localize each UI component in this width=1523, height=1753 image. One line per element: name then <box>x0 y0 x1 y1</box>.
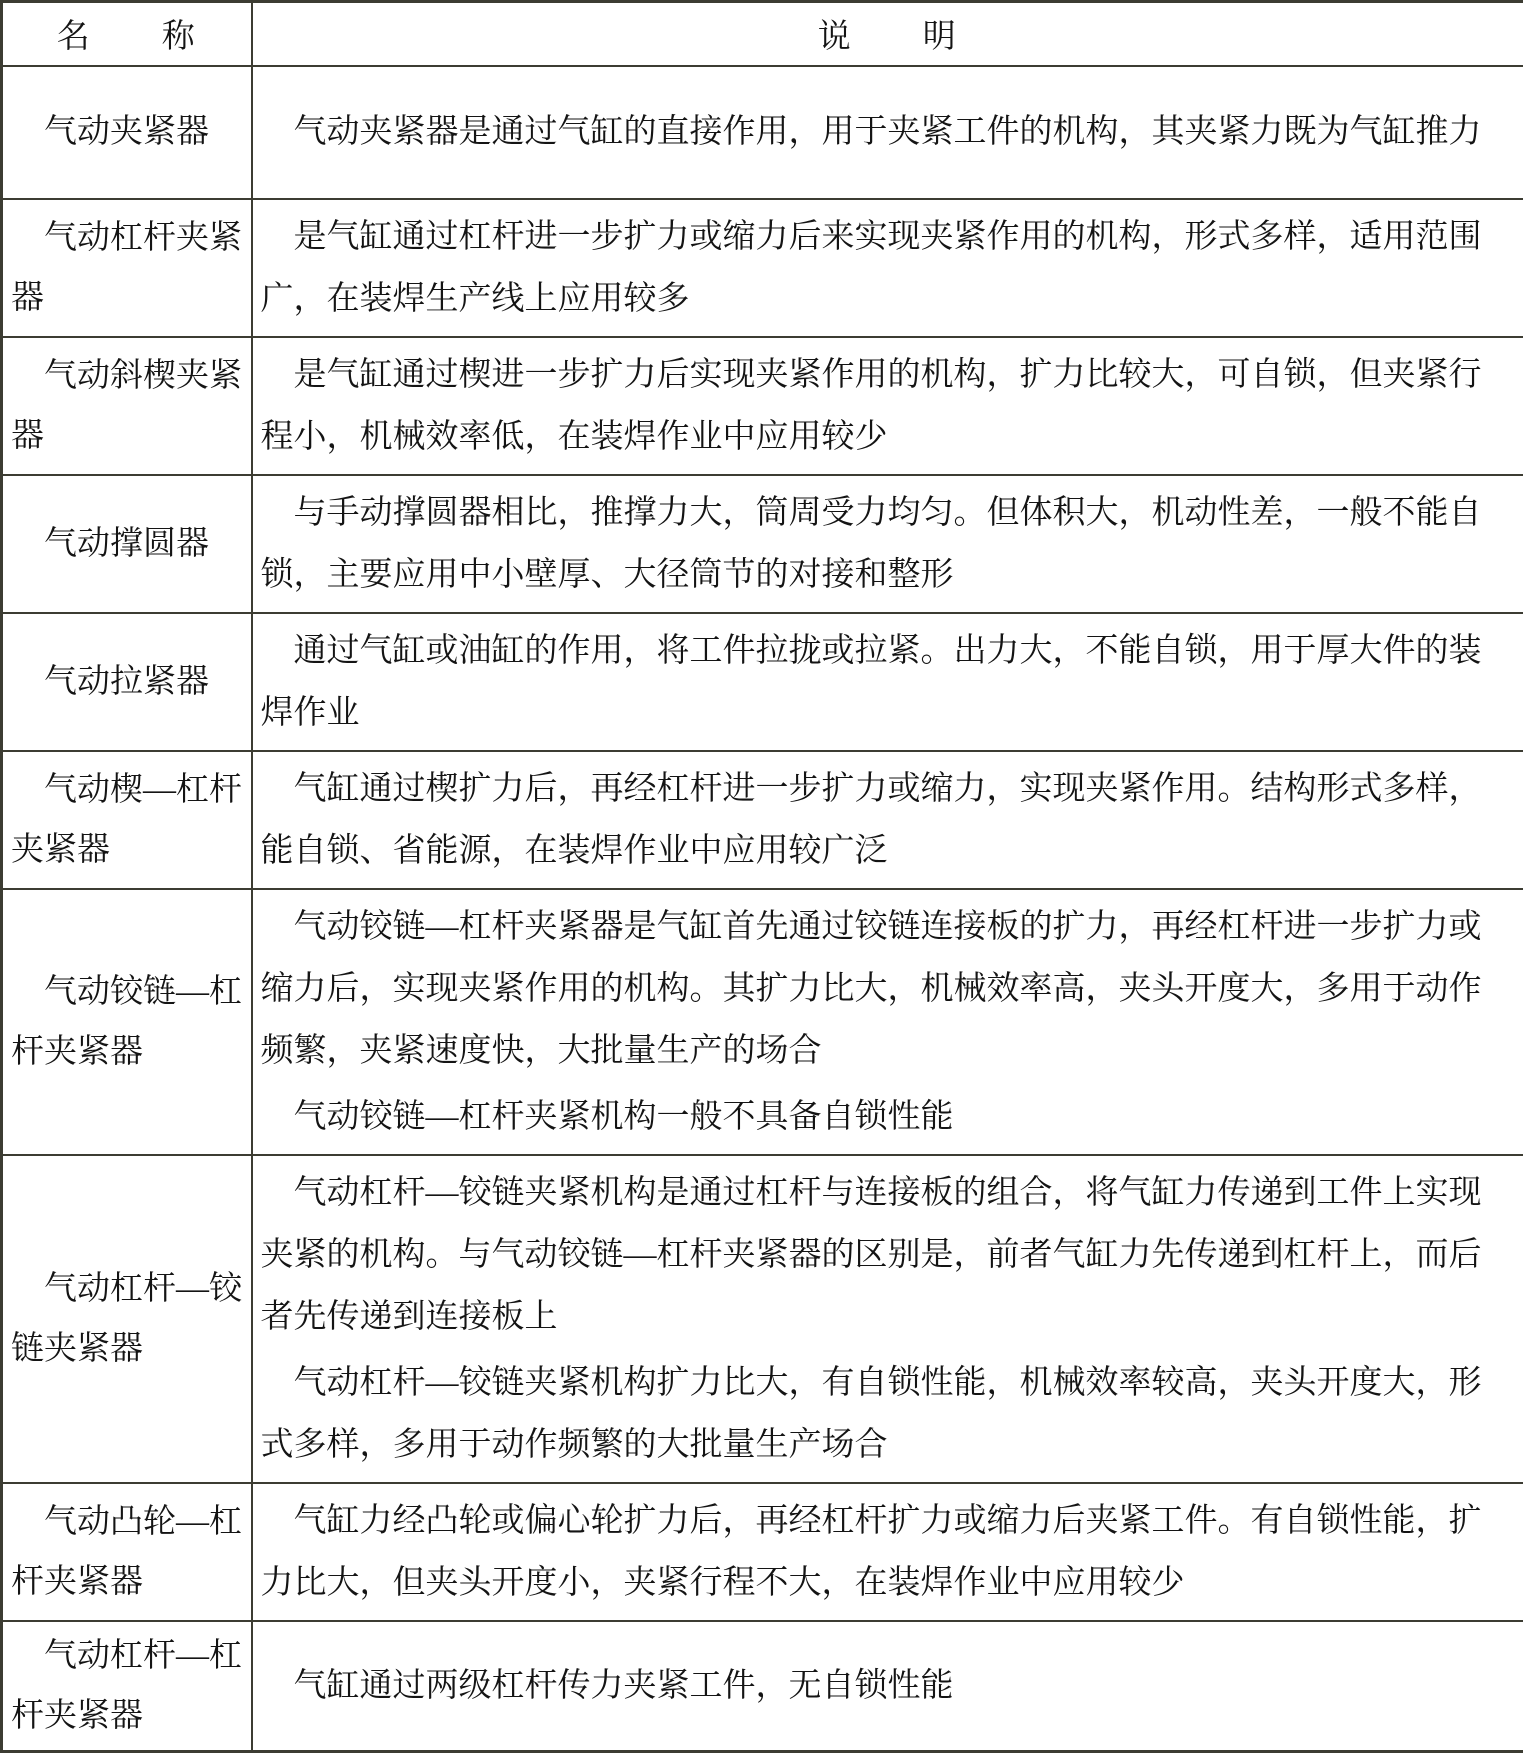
device-desc-paragraph: 气动铰链—杠杆夹紧机构一般不具备自锁性能 <box>261 1086 1510 1148</box>
device-name-cell: 气动拉紧器 <box>2 613 252 751</box>
device-desc-paragraph: 气动杠杆—铰链夹紧机构扩力比大，有自锁性能，机械效率较高，夹头开度大，形式多样，… <box>261 1352 1510 1476</box>
document-page: 名 称 说 明 气动夹紧器 气动夹紧器是通过气缸的直接作用，用于夹紧工件的机构，… <box>0 0 1523 1661</box>
device-desc-paragraph: 气动铰链—杠杆夹紧器是气缸首先通过铰链连接板的扩力，再经杠杆进一步扩力或缩力后，… <box>261 896 1510 1082</box>
device-desc-cell: 气缸通过两级杠杆传力夹紧工件，无自锁性能 <box>252 1621 1523 1752</box>
device-name-cell: 气动杠杆夹紧器 <box>2 199 252 337</box>
device-desc-cell: 是气缸通过楔进一步扩力后实现夹紧作用的机构，扩力比较大，可自锁，但夹紧行程小，机… <box>252 337 1523 475</box>
device-name: 气动杠杆—铰链夹紧器 <box>11 1259 245 1379</box>
device-name: 气动斜楔夹紧器 <box>11 346 245 466</box>
device-desc-cell: 气缸力经凸轮或偏心轮扩力后，再经杠杆扩力或缩力后夹紧工件。有自锁性能，扩力比大，… <box>252 1483 1523 1621</box>
device-name: 气动杠杆夹紧器 <box>11 208 245 328</box>
table-row: 气动楔—杠杆夹紧器 气缸通过楔扩力后，再经杠杆进一步扩力或缩力，实现夹紧作用。结… <box>2 751 1523 889</box>
device-name-cell: 气动凸轮—杠杆夹紧器 <box>2 1483 252 1621</box>
table-row: 气动杠杆—杠杆夹紧器 气缸通过两级杠杆传力夹紧工件，无自锁性能 <box>2 1621 1523 1752</box>
device-name: 气动撑圆器 <box>11 514 245 574</box>
table-row: 气动杠杆—铰链夹紧器 气动杠杆—铰链夹紧机构是通过杠杆与连接板的组合，将气缸力传… <box>2 1155 1523 1483</box>
device-desc-paragraph: 气动杠杆—铰链夹紧机构是通过杠杆与连接板的组合，将气缸力传递到工件上实现夹紧的机… <box>261 1162 1510 1348</box>
table-row: 气动夹紧器 气动夹紧器是通过气缸的直接作用，用于夹紧工件的机构，其夹紧力既为气缸… <box>2 66 1523 199</box>
clamping-devices-table: 名 称 说 明 气动夹紧器 气动夹紧器是通过气缸的直接作用，用于夹紧工件的机构，… <box>0 0 1523 1753</box>
column-header-description: 说 明 <box>252 2 1523 66</box>
device-name-cell: 气动斜楔夹紧器 <box>2 337 252 475</box>
device-name-cell: 气动撑圆器 <box>2 475 252 613</box>
device-desc-cell: 气动夹紧器是通过气缸的直接作用，用于夹紧工件的机构，其夹紧力既为气缸推力 <box>252 66 1523 199</box>
device-desc-cell: 气动杠杆—铰链夹紧机构是通过杠杆与连接板的组合，将气缸力传递到工件上实现夹紧的机… <box>252 1155 1523 1483</box>
device-desc-paragraph: 是气缸通过楔进一步扩力后实现夹紧作用的机构，扩力比较大，可自锁，但夹紧行程小，机… <box>261 344 1510 468</box>
table-row: 气动凸轮—杠杆夹紧器 气缸力经凸轮或偏心轮扩力后，再经杠杆扩力或缩力后夹紧工件。… <box>2 1483 1523 1621</box>
device-desc-cell: 气缸通过楔扩力后，再经杠杆进一步扩力或缩力，实现夹紧作用。结构形式多样，能自锁、… <box>252 751 1523 889</box>
device-name: 气动楔—杠杆夹紧器 <box>11 760 245 880</box>
device-name: 气动夹紧器 <box>11 102 245 162</box>
device-name-cell: 气动夹紧器 <box>2 66 252 199</box>
device-desc-cell: 与手动撑圆器相比，推撑力大，筒周受力均匀。但体积大，机动性差，一般不能自锁，主要… <box>252 475 1523 613</box>
device-desc-paragraph: 是气缸通过杠杆进一步扩力或缩力后来实现夹紧作用的机构，形式多样，适用范围广，在装… <box>261 206 1510 330</box>
device-name-cell: 气动楔—杠杆夹紧器 <box>2 751 252 889</box>
table-row: 气动拉紧器 通过气缸或油缸的作用，将工件拉拢或拉紧。出力大，不能自锁，用于厚大件… <box>2 613 1523 751</box>
device-name-cell: 气动铰链—杠杆夹紧器 <box>2 889 252 1155</box>
device-name: 气动凸轮—杠杆夹紧器 <box>11 1492 245 1612</box>
column-header-name: 名 称 <box>2 2 252 66</box>
device-desc-paragraph: 与手动撑圆器相比，推撑力大，筒周受力均匀。但体积大，机动性差，一般不能自锁，主要… <box>261 482 1510 606</box>
device-name-cell: 气动杠杆—杠杆夹紧器 <box>2 1621 252 1752</box>
device-name: 气动杠杆—杠杆夹紧器 <box>11 1626 245 1746</box>
device-desc-cell: 气动铰链—杠杆夹紧器是气缸首先通过铰链连接板的扩力，再经杠杆进一步扩力或缩力后，… <box>252 889 1523 1155</box>
device-name: 气动铰链—杠杆夹紧器 <box>11 962 245 1082</box>
table-row: 气动撑圆器 与手动撑圆器相比，推撑力大，筒周受力均匀。但体积大，机动性差，一般不… <box>2 475 1523 613</box>
device-desc-paragraph: 气动夹紧器是通过气缸的直接作用，用于夹紧工件的机构，其夹紧力既为气缸推力 <box>261 101 1510 163</box>
device-name: 气动拉紧器 <box>11 652 245 712</box>
device-desc-paragraph: 气缸力经凸轮或偏心轮扩力后，再经杠杆扩力或缩力后夹紧工件。有自锁性能，扩力比大，… <box>261 1490 1510 1614</box>
table-row: 气动斜楔夹紧器 是气缸通过楔进一步扩力后实现夹紧作用的机构，扩力比较大，可自锁，… <box>2 337 1523 475</box>
device-desc-paragraph: 气缸通过两级杠杆传力夹紧工件，无自锁性能 <box>261 1655 1510 1717</box>
table-row: 气动杠杆夹紧器 是气缸通过杠杆进一步扩力或缩力后来实现夹紧作用的机构，形式多样，… <box>2 199 1523 337</box>
device-name-cell: 气动杠杆—铰链夹紧器 <box>2 1155 252 1483</box>
table-row: 气动铰链—杠杆夹紧器 气动铰链—杠杆夹紧器是气缸首先通过铰链连接板的扩力，再经杠… <box>2 889 1523 1155</box>
device-desc-paragraph: 气缸通过楔扩力后，再经杠杆进一步扩力或缩力，实现夹紧作用。结构形式多样，能自锁、… <box>261 758 1510 882</box>
table-header-row: 名 称 说 明 <box>2 2 1523 66</box>
device-desc-paragraph: 通过气缸或油缸的作用，将工件拉拢或拉紧。出力大，不能自锁，用于厚大件的装焊作业 <box>261 620 1510 744</box>
device-desc-cell: 是气缸通过杠杆进一步扩力或缩力后来实现夹紧作用的机构，形式多样，适用范围广，在装… <box>252 199 1523 337</box>
device-desc-cell: 通过气缸或油缸的作用，将工件拉拢或拉紧。出力大，不能自锁，用于厚大件的装焊作业 <box>252 613 1523 751</box>
